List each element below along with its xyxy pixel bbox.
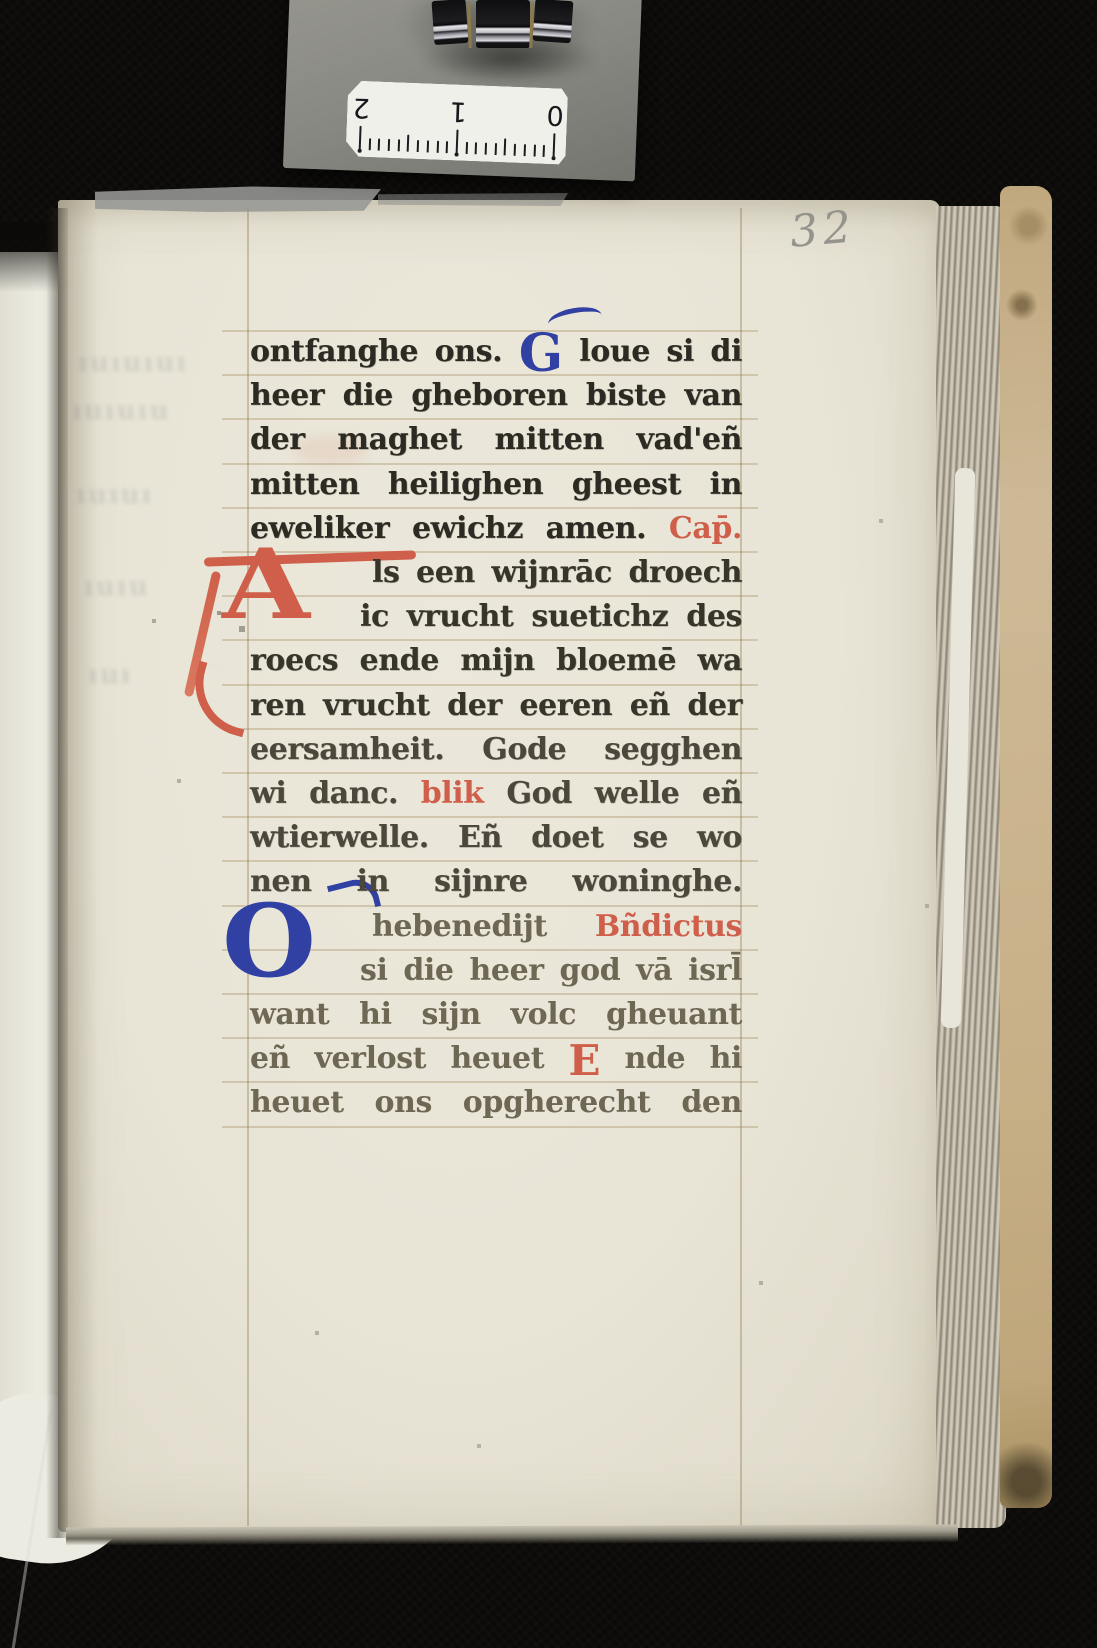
ruler-tick — [388, 139, 390, 151]
text-block: ontfanghe ons. G loue si diheer die gheb… — [250, 332, 742, 1152]
ruler-tick — [427, 140, 429, 152]
body-text: ren vrucht der eeren eñ der — [250, 688, 742, 723]
ruler-tick — [523, 144, 525, 156]
body-text: eersamheit. Gode segghen — [250, 732, 742, 767]
ink-specks — [58, 200, 60, 202]
body-text: roecs ende mijn bloemē wa — [250, 643, 742, 678]
manuscript-line: heer die gheboren biste van — [250, 376, 742, 420]
clip-foot-left — [432, 0, 469, 45]
ruler-tick — [494, 143, 496, 155]
body-text: hebenedijt — [372, 909, 547, 944]
body-text: loue si di — [579, 334, 742, 369]
ruler-tick — [359, 126, 362, 150]
manuscript-line: heuet ons opgherecht den — [250, 1083, 742, 1127]
ruler-tick — [465, 142, 467, 154]
body-text: wtierwelle. Eñ doet se wo — [250, 820, 742, 855]
ruler-label-1: 1 — [447, 95, 470, 127]
ruler-label-0: 0 — [544, 99, 567, 131]
ruler-tick — [543, 145, 545, 157]
manuscript-line: want hi sijn volc gheuant — [250, 995, 742, 1039]
ruler-tick — [504, 138, 507, 155]
body-text: ls een wijnrāc droech — [372, 555, 742, 590]
ruler-ticks — [345, 156, 565, 164]
ruler-tick — [456, 130, 459, 154]
pencil-page-number: 32 — [788, 201, 858, 258]
body-text: ic vrucht suetichz des — [360, 599, 742, 634]
binder-clip — [476, 0, 530, 48]
inline-initial: G — [519, 323, 563, 384]
manuscript-line: ontfanghe ons. G loue si di — [250, 332, 742, 376]
manuscript-line: eersamheit. Gode segghen — [250, 730, 742, 774]
inline-initial: E — [569, 1036, 601, 1085]
manuscript-line: ic vrucht suetichz des — [250, 597, 742, 641]
manuscript-line: eñ verlost heuet E nde hi — [250, 1039, 742, 1083]
ruler-tick — [407, 135, 410, 152]
manuscript-line: der maghet mitten vad'eñ — [250, 420, 742, 464]
photo-canvas: ıuıuıuı ıuıuıu ıuıuı ıuıu ıuı ontfanghe … — [0, 0, 1097, 1648]
ruler-tick — [368, 138, 370, 150]
ruler-label-2: 2 — [350, 91, 373, 123]
ruler-sticker: 0 1 2 — [345, 80, 568, 164]
rubric-text: Cap̄. — [669, 511, 742, 546]
ruler-tick — [553, 133, 556, 157]
manuscript-line: mitten heilighen gheest in — [250, 465, 742, 509]
ruler-tick — [417, 140, 419, 152]
body-text: eñ verlost heuet — [250, 1041, 544, 1076]
manuscript-line: ren vrucht der eeren eñ der — [250, 686, 742, 730]
ruler-tick — [485, 143, 487, 155]
manuscript-line: roecs ende mijn bloemē wa — [250, 641, 742, 685]
tape-strip-right — [378, 193, 568, 206]
body-text: mitten heilighen gheest in — [250, 467, 742, 502]
body-text: God welle eñ — [506, 776, 742, 811]
clip-shadow — [420, 42, 600, 84]
manuscript-line: si die heer god vā isrl̄ — [250, 951, 742, 995]
body-text: want hi sijn volc gheuant — [250, 997, 742, 1032]
clip-foot-right — [533, 0, 574, 43]
body-text: der maghet mitten vad'eñ — [250, 422, 742, 457]
vertical-ruling-left — [247, 208, 249, 1526]
rubric-text: Bñdictus — [595, 909, 742, 944]
rubric-text: blik — [421, 776, 484, 811]
ruler-tick — [533, 144, 535, 156]
ruler-tick — [446, 141, 448, 153]
binding-cover — [1000, 186, 1052, 1508]
ruler-tick — [514, 144, 516, 156]
body-text: wi danc. — [250, 776, 398, 811]
body-text: heer die gheboren biste van — [250, 378, 742, 413]
ruler-tick — [378, 139, 380, 151]
body-text: ontfanghe ons. — [250, 334, 502, 369]
manuscript-line: wi danc. blik God welle eñ — [250, 774, 742, 818]
ruler-tick — [475, 142, 477, 154]
page-bottom-edge — [66, 1524, 958, 1545]
gutter-shadow — [46, 208, 68, 1538]
ruler-tick — [397, 139, 399, 151]
ruler-tick — [436, 141, 438, 153]
manuscript-line: wtierwelle. Eñ doet se wo — [250, 818, 742, 862]
body-text: heuet ons opgherecht den — [250, 1085, 742, 1120]
body-text: si die heer god vā isrl̄ — [360, 953, 742, 988]
body-text: nde hi — [625, 1041, 742, 1076]
